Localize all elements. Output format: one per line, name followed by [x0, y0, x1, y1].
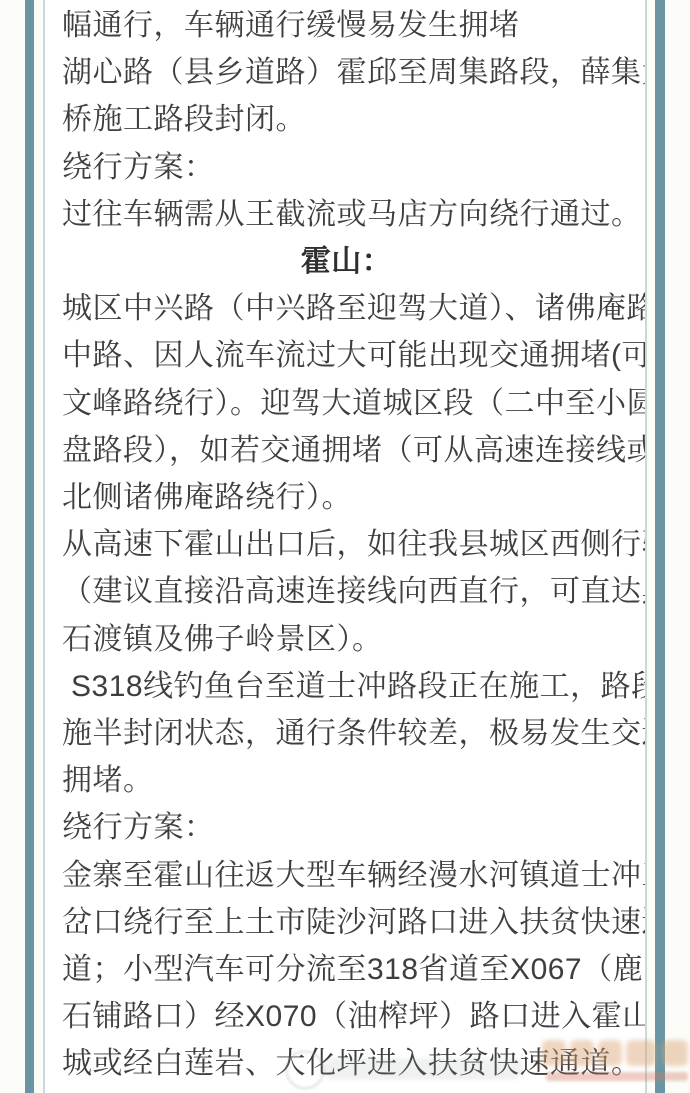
- text-line: 城或经白莲岩、大化坪进入扶贫快速通道。: [62, 1040, 631, 1087]
- text-line: 岔口绕行至上土市陡沙河路口进入扶贫快速通: [62, 899, 631, 946]
- text-line: 石渡镇及佛子岭景区）。: [62, 616, 631, 663]
- text-line: 从高速下霍山出口后，如往我县城区西侧行驶: [62, 521, 631, 568]
- text-line: 城区中兴路（中兴路至迎驾大道）、诸佛庵路: [62, 285, 631, 332]
- text-line: 施半封闭状态，通行条件较差，极易发生交通: [62, 710, 631, 757]
- content-card: 幅通行，车辆通行缓慢易发生拥堵湖心路（县乡道路）霍邱至周集路段，薛集大桥施工路段…: [43, 0, 647, 1093]
- article-body: 幅通行，车辆通行缓慢易发生拥堵湖心路（县乡道路）霍邱至周集路段，薛集大桥施工路段…: [45, 0, 645, 1088]
- text-line: 道；小型汽车可分流至318省道至X067（鹿吐: [62, 946, 631, 993]
- text-line: 金寨至霍山往返大型车辆经漫水河镇道士冲三: [62, 852, 631, 899]
- text-line: 绕行方案：: [62, 804, 631, 851]
- accent-stripe-left: [25, 0, 34, 1093]
- text-line: 北侧诸佛庵路绕行）。: [62, 474, 631, 521]
- text-line: 湖心路（县乡道路）霍邱至周集路段，薛集大: [62, 49, 631, 96]
- text-line: 文峰路绕行）。迎驾大道城区段（二中至小圆: [62, 380, 631, 427]
- text-line: （建议直接沿高速连接线向西直行，可直达黑: [62, 568, 631, 615]
- text-line: 绕行方案：: [62, 144, 631, 191]
- text-line: 盘路段），如若交通拥堵（可从高速连接线或: [62, 427, 631, 474]
- text-line: 石铺路口）经X070（油榨坪）路口进入霍山县: [62, 993, 631, 1040]
- text-line: S318线钓鱼台至道士冲路段正在施工，路段实: [62, 663, 631, 710]
- text-line: 过往车辆需从王截流或马店方向绕行通过。: [62, 191, 631, 238]
- text-line: 幅通行，车辆通行缓慢易发生拥堵: [62, 2, 631, 49]
- accent-stripe-right: [655, 0, 665, 1093]
- page-background: { "theme": { "colors": { "page-bg": "#fc…: [0, 0, 690, 1093]
- heading-line: 霍山：: [62, 238, 631, 285]
- text-line: 中路、因人流车流过大可能出现交通拥堵(可从: [62, 332, 631, 379]
- text-line: 拥堵。: [62, 757, 631, 804]
- watermark-glyph: [662, 1040, 688, 1066]
- text-line: 桥施工路段封闭。: [62, 96, 631, 143]
